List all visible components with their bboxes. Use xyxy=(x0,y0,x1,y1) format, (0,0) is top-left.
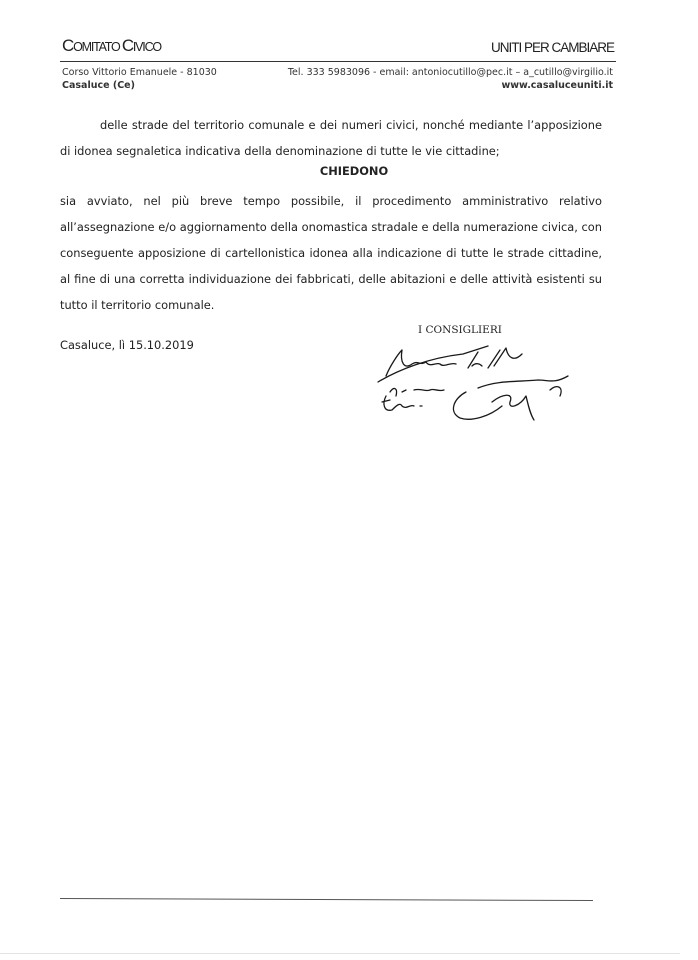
handwritten-signatures xyxy=(368,340,608,434)
org-left-rest-1: OMITATO xyxy=(73,40,122,54)
signature-icon xyxy=(368,340,608,430)
footer-divider xyxy=(60,898,593,901)
org-name-left: COMITATO CIVICO xyxy=(62,36,161,56)
section-heading: CHIEDONO xyxy=(5,164,698,178)
header-divider xyxy=(60,61,616,62)
signers-label: I CONSIGLIERI xyxy=(418,324,502,336)
address-line-2: Casaluce (Ce) xyxy=(62,80,135,91)
org-left-initial-2: C xyxy=(122,36,133,55)
contact-line: Tel. 333 5983096 - email: antoniocutillo… xyxy=(288,66,613,79)
paragraph-continued: delle strade del territorio comunale e d… xyxy=(60,112,602,164)
website-link[interactable]: www.casaluceuniti.it xyxy=(501,80,613,91)
contact-block: Tel. 333 5983096 - email: antoniocutillo… xyxy=(288,66,613,92)
address-block: Corso Vittorio Emanuele - 81030 Casaluce… xyxy=(62,66,217,92)
page-edge xyxy=(0,953,680,954)
address-line-1: Corso Vittorio Emanuele - 81030 xyxy=(62,66,217,79)
org-left-initial-1: C xyxy=(62,36,73,55)
org-left-rest-2: IVICO xyxy=(133,40,161,54)
org-name-right: UNITI PER CAMBIARE xyxy=(491,40,614,55)
place-date: Casaluce, lì 15.10.2019 xyxy=(60,338,194,352)
paragraph-request: sia avviato, nel più breve tempo possibi… xyxy=(60,188,602,318)
